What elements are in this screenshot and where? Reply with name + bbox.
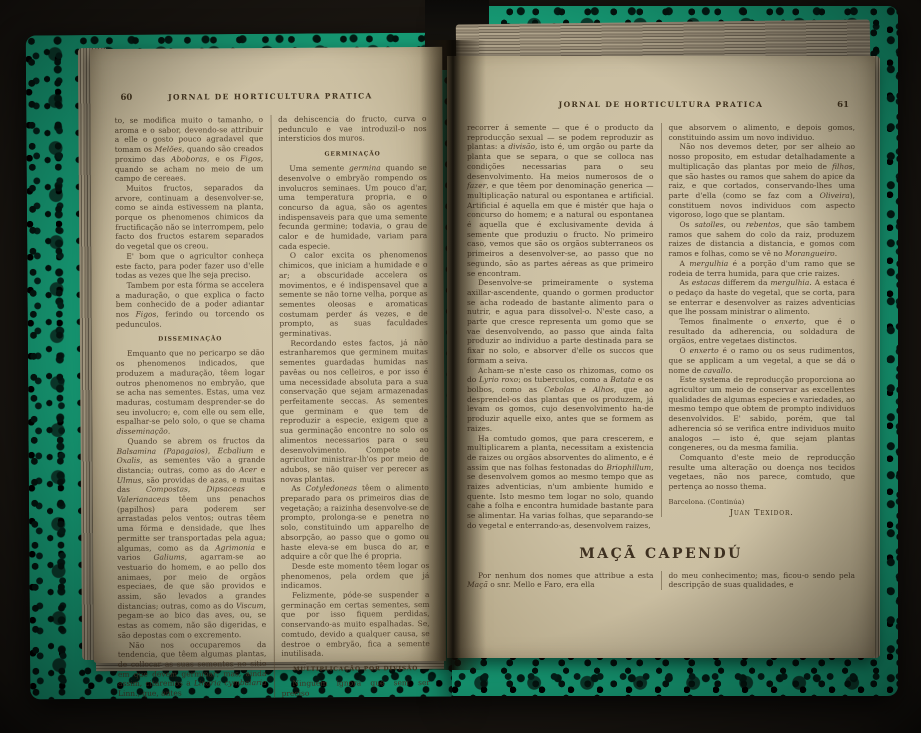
left-page-header: 60 JORNAL DE HORTICULTURA PRATICA: [114, 91, 426, 107]
paragraph: Uma semente germina quando se desenvolve…: [278, 163, 427, 251]
paragraph: Não nos occuparemos da tendencia, que tê…: [118, 640, 267, 699]
paragraph: Comquanto d'este meio de reproducção res…: [669, 453, 856, 492]
paragraph: Acham-se n'este caso os rhizomas, como o…: [467, 366, 654, 434]
section-heading: DISSEMINAÇÃO: [116, 335, 265, 343]
paragraph: Muitos fructos, separados da arvore, con…: [115, 183, 264, 252]
text-column: da dehiscencia do fructo, curva o pedunc…: [270, 114, 430, 698]
paragraph: Emquanto que no pericarpo se dão os phen…: [116, 348, 265, 436]
text-column: Por nenhum dos nomes que attribue a esta…: [467, 571, 661, 590]
signature: Juan Texidor.: [669, 508, 856, 517]
paragraph: Quando se abrem os fructos da Balsamina …: [116, 436, 266, 641]
text-column: recorrer á semente — que é o producto da…: [467, 123, 661, 531]
left-page-columns: to, se modifica muito o tamanho, o aroma…: [115, 114, 431, 699]
paragraph: As estacas differem da mergulhia. A esta…: [669, 278, 856, 317]
signoff-place: Barcelona. (Continúa): [669, 498, 856, 506]
paragraph: Ha comtudo gomos, que para crescerem, e …: [467, 434, 654, 531]
left-page: 60 JORNAL DE HORTICULTURA PRATICA to, se…: [90, 47, 446, 663]
paragraph: que absorvem o alimento, e depois gomos,…: [669, 123, 856, 142]
paragraph: Temos finalmente o enxerto, que é o resu…: [669, 317, 856, 346]
right-page-number: 61: [837, 100, 849, 110]
paragraph: Por nenhum dos nomes que attribue a esta…: [467, 571, 654, 590]
section-heading: GERMINAÇÃO: [278, 150, 427, 158]
right-page-header: JORNAL DE HORTICULTURA PRATICA 61: [467, 100, 855, 114]
article-columns: Por nenhum dos nomes que attribue a esta…: [467, 571, 855, 590]
paragraph: Este systema de reproducção proporciona …: [669, 375, 856, 453]
paragraph: Os satolles, ou rebentos, que são tambem…: [669, 220, 856, 259]
paragraph: Ninguem ignora que sem ser preciso: [281, 678, 430, 698]
paragraph: do meu conhecimento; mas, ficou-o sendo …: [669, 571, 856, 590]
paragraph: Desenvolve-se primeiramente o systema ax…: [467, 278, 654, 365]
left-journal-title: JORNAL DE HORTICULTURA PRATICA: [114, 91, 426, 102]
paragraph: E' bom que o agricultor conheça este fac…: [115, 251, 264, 281]
paragraph: recorrer á semente — que é o producto da…: [467, 123, 654, 278]
paragraph: A mergulhia é a porção d'um ramo que se …: [669, 259, 856, 278]
section-heading: MULTIPLICAÇÃO POR DIVISÃO: [281, 665, 430, 673]
article-title: MAÇÃ CAPENDÚ: [467, 546, 855, 562]
right-journal-title: JORNAL DE HORTICULTURA PRATICA: [467, 100, 855, 109]
paragraph: to, se modifica muito o tamanho, o aroma…: [115, 115, 264, 184]
text-column: do meu conhecimento; mas, ficou-o sendo …: [661, 571, 856, 590]
paragraph: Recordando estes factos, já não estranha…: [279, 338, 428, 484]
paragraph: O calor excita os phenomenos chimicos, q…: [279, 250, 428, 338]
paragraph: da dehiscencia do fructo, curva o pedunc…: [278, 114, 427, 144]
paragraph: As Cotyledoneas têem o alimento preparad…: [280, 483, 429, 562]
paragraph: Não nos devemos deter, por ser alheio ao…: [669, 142, 856, 220]
paragraph: Tambem por esta fórma se accelera a madu…: [116, 280, 265, 329]
right-page: JORNAL DE HORTICULTURA PRATICA 61 recorr…: [447, 56, 875, 658]
right-page-columns: recorrer á semente — que é o producto da…: [467, 123, 855, 531]
paragraph: O enxerto é o ramo ou os seus rudimentos…: [669, 346, 856, 375]
book-photo: 60 JORNAL DE HORTICULTURA PRATICA to, se…: [0, 0, 921, 733]
paragraph: Felizmente, póde-se suspender a germinaç…: [281, 590, 430, 659]
paragraph: Desde este momento têem logar os phenome…: [281, 561, 430, 591]
text-column: que absorvem o alimento, e depois gomos,…: [661, 123, 856, 517]
text-column: to, se modifica muito o tamanho, o aroma…: [115, 115, 274, 699]
